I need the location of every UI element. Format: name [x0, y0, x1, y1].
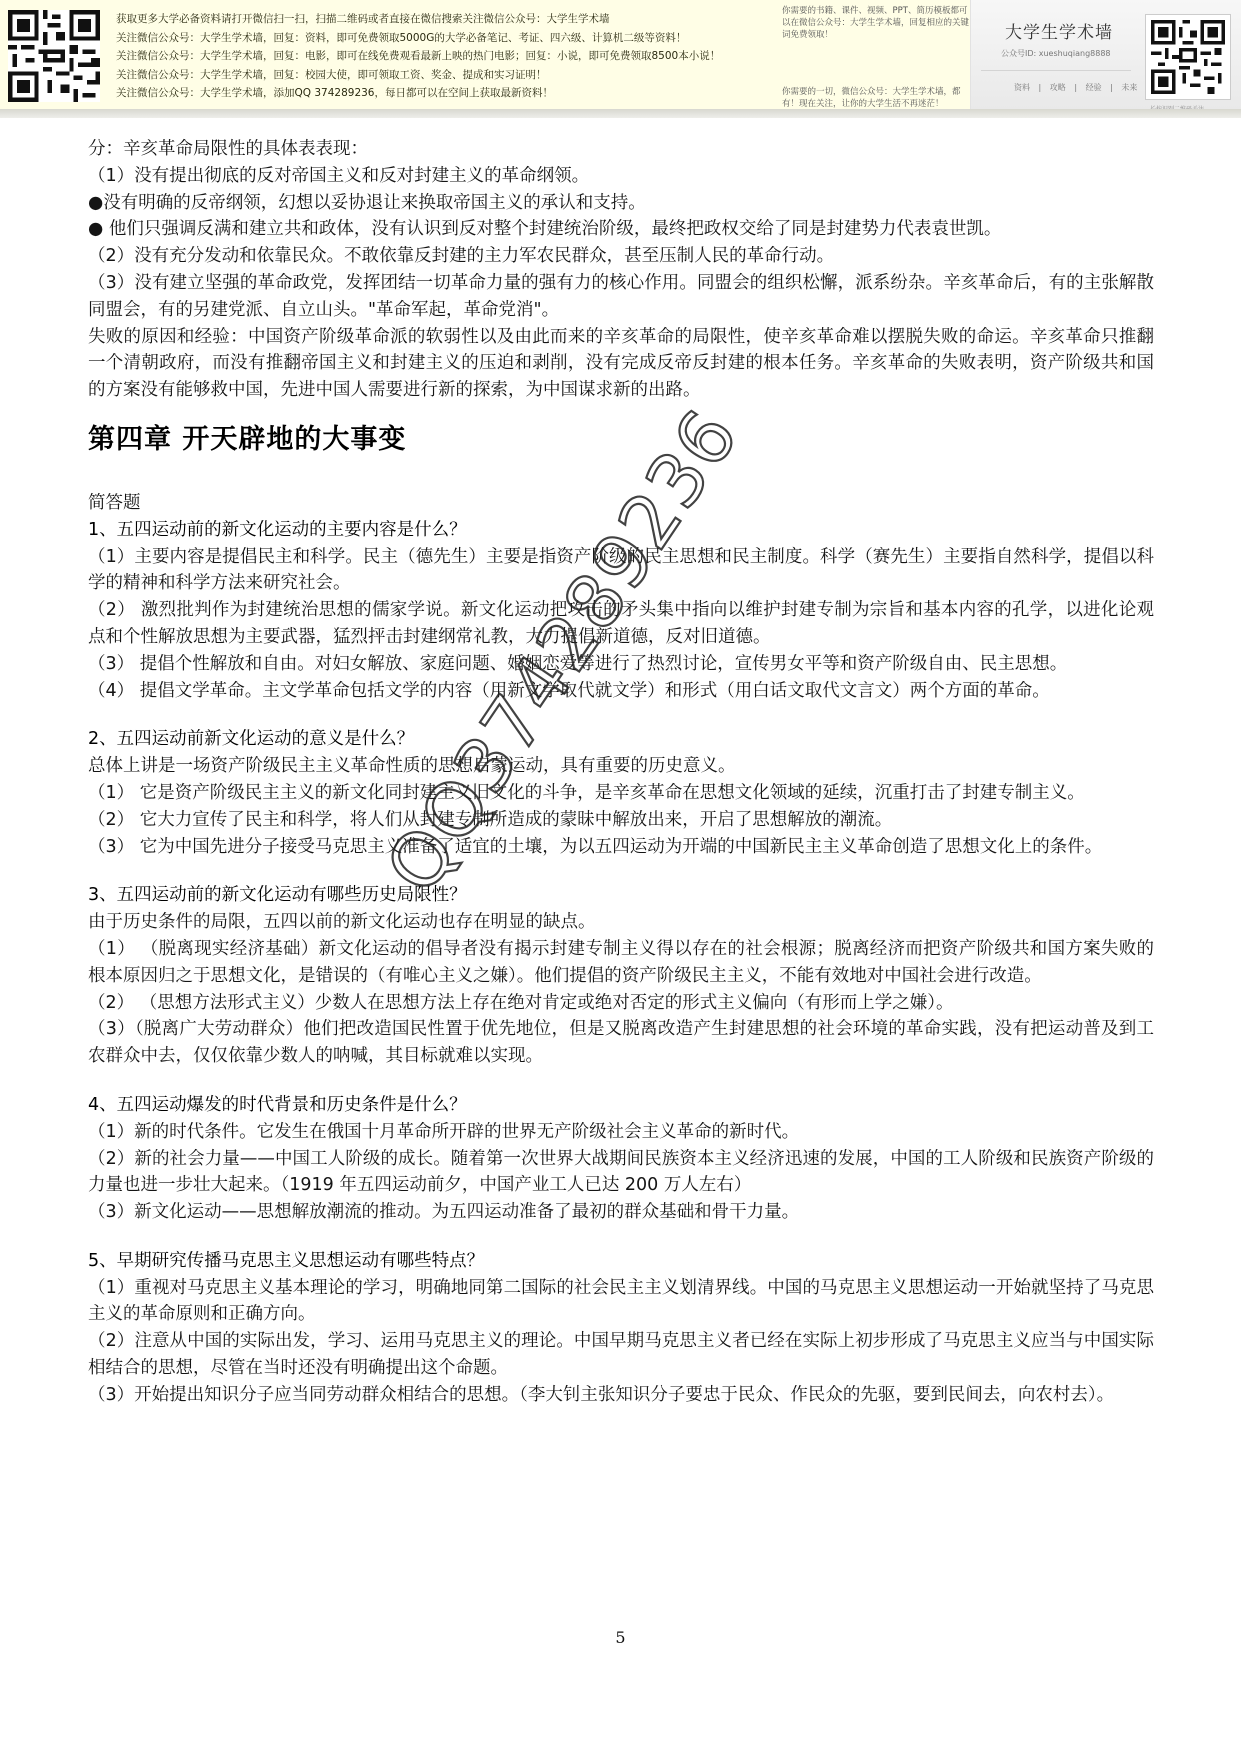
- spacer: [88, 1226, 1154, 1248]
- answer-paragraph: （1） 它是资产阶级民主主义的新文化同封建主义旧文化的斗争，是辛亥革命在思想文化…: [88, 780, 1154, 807]
- card-link-guides[interactable]: 攻略: [1050, 83, 1066, 92]
- banner-line: 关注微信公众号：大学生学术墙，添加QQ 374289236，每日都可以在空间上获…: [116, 84, 766, 103]
- answer-paragraph: （2） （思想方法形式主义）少数人在思想方法上存在绝对肯定或绝对否定的形式主义偏…: [88, 990, 1154, 1017]
- answer-paragraph: （2） 它大力宣传了民主和科学，将人们从封建专制所造成的蒙昧中解放出来，开启了思…: [88, 807, 1154, 834]
- banner-line: 获取更多大学必备资料请打开微信扫一扫，扫描二维码或者直接在微信搜索关注微信公众号…: [116, 10, 766, 29]
- answer-paragraph: （2） 激烈批判作为封建统治思想的儒家学说。新文化运动把攻击的矛头集中指向以维护…: [88, 597, 1154, 651]
- answer-paragraph: （1）重视对马克思主义基本理论的学习，明确地同第二国际的社会民主主义划清界线。中…: [88, 1275, 1154, 1329]
- answer-paragraph: （3）（脱离广大劳动群众）他们把改造国民性置于优先地位，但是又脱离改造产生封建思…: [88, 1016, 1154, 1070]
- question-title: 5、早期研究传播马克思主义思想运动有哪些特点？: [88, 1248, 1154, 1275]
- spacer: [88, 704, 1154, 726]
- question-block: 3、五四运动前的新文化运动有哪些历史局限性？ 由于历史条件的局限，五四以前的新文…: [88, 882, 1154, 1070]
- answer-paragraph: （1） （脱离现实经济基础）新文化运动的倡导者没有揭示封建专制主义得以存在的社会…: [88, 936, 1154, 990]
- intro-paragraph: 分：辛亥革命局限性的具体表表现：: [88, 136, 1154, 163]
- answer-paragraph: 由于历史条件的局限，五四以前的新文化运动也存在明显的缺点。: [88, 909, 1154, 936]
- intro-paragraph: （2）没有充分发动和依靠民众。不敢依靠反封建的主力军农民群众，甚至压制人民的革命…: [88, 243, 1154, 270]
- answer-paragraph: （4） 提倡文学革命。主文学革命包括文学的内容（用新文学取代就文学）和形式（用白…: [88, 678, 1154, 705]
- answer-paragraph: （1）主要内容是提倡民主和科学。民主（德先生）主要是指资产阶级的民主思想和民主制…: [88, 544, 1154, 598]
- question-block: 2、五四运动前新文化运动的意义是什么？ 总体上讲是一场资产阶级民主主义革命性质的…: [88, 726, 1154, 860]
- banner-text-block: 获取更多大学必备资料请打开微信扫一扫，扫描二维码或者直接在微信搜索关注微信公众号…: [116, 10, 766, 103]
- question-title: 3、五四运动前的新文化运动有哪些历史局限性？: [88, 882, 1154, 909]
- banner-line: 关注微信公众号：大学生学术墙，回复：电影，即可在线免费观看最新上映的热门电影；回…: [116, 47, 766, 66]
- answer-paragraph: 总体上讲是一场资产阶级民主主义革命性质的思想启蒙运动，具有重要的历史意义。: [88, 753, 1154, 780]
- answer-paragraph: （3）新文化运动——思想解放潮流的推动。为五四运动准备了最初的群众基础和骨干力量…: [88, 1199, 1154, 1226]
- question-title: 4、五四运动爆发的时代背景和历史条件是什么？: [88, 1092, 1154, 1119]
- question-block: 5、早期研究传播马克思主义思想运动有哪些特点？ （1）重视对马克思主义基本理论的…: [88, 1248, 1154, 1409]
- answer-paragraph: （3） 提倡个性解放和自由。对妇女解放、家庭问题、婚姻恋爱等进行了热烈讨论，宣传…: [88, 651, 1154, 678]
- account-id: 公众号ID: xueshuqiang8888: [1001, 48, 1111, 59]
- section-label: 简答题: [88, 490, 1154, 517]
- card-link-experience[interactable]: 经验: [1086, 83, 1102, 92]
- qr-code-left-icon: [8, 10, 100, 102]
- card-links: 资料 | 攻略 | 经验 | 未来: [1011, 82, 1140, 93]
- account-card-title: 大学生学术墙: [1005, 18, 1113, 43]
- card-divider: [981, 70, 1131, 71]
- page-number: 5: [0, 1628, 1241, 1647]
- spacer: [88, 860, 1154, 882]
- banner-bottom-strip: [0, 109, 1241, 118]
- card-link-separator: |: [1074, 83, 1077, 92]
- chapter-title: 第四章 开天辟地的大事变: [88, 422, 1154, 458]
- intro-paragraph: （3）没有建立坚强的革命政党，发挥团结一切革命力量的强有力的核心作用。同盟会的组…: [88, 270, 1154, 324]
- answer-paragraph: （3） 它为中国先进分子接受马克思主义准备了适宜的土壤，为以五四运动为开端的中国…: [88, 834, 1154, 861]
- intro-paragraph: ●没有明确的反帝纲领，幻想以妥协退让来换取帝国主义的承认和支持。: [88, 190, 1154, 217]
- promo-banner: 获取更多大学必备资料请打开微信扫一扫，扫描二维码或者直接在微信搜索关注微信公众号…: [0, 0, 1241, 118]
- qr-code-right-icon: [1145, 14, 1231, 100]
- intro-paragraph: 失败的原因和经验：中国资产阶级革命派的软弱性以及由此而来的辛亥革命的局限性，使辛…: [88, 324, 1154, 404]
- card-link-separator: |: [1039, 83, 1042, 92]
- spacer: [88, 1070, 1154, 1092]
- banner-note-top: 你需要的书籍、课件、视频、PPT、简历模板都可以在微信公众号：大学生学术墙，回复…: [782, 5, 972, 41]
- question-title: 2、五四运动前新文化运动的意义是什么？: [88, 726, 1154, 753]
- answer-paragraph: （3）开始提出知识分子应当同劳动群众相结合的思想。（李大钊主张知识分子要忠于民众…: [88, 1382, 1154, 1409]
- answer-paragraph: （2）新的社会力量——中国工人阶级的成长。随着第一次世界大战期间民族资本主义经济…: [88, 1146, 1154, 1200]
- banner-note-bottom: 你需要的一切，微信公众号：大学生学术墙，都有！现在关注，让你的大学生活不再迷茫！: [782, 86, 972, 110]
- card-link-separator: |: [1110, 83, 1113, 92]
- answer-paragraph: （1）新的时代条件。它发生在俄国十月革命所开辟的世界无产阶级社会主义革命的新时代…: [88, 1119, 1154, 1146]
- answer-paragraph: （2）注意从中国的实际出发，学习、运用马克思主义的理论。中国早期马克思主义者已经…: [88, 1328, 1154, 1382]
- question-block: 4、五四运动爆发的时代背景和历史条件是什么？ （1）新的时代条件。它发生在俄国十…: [88, 1092, 1154, 1226]
- banner-line: 关注微信公众号：大学生学术墙，回复：校园大使，即可领取工资、奖金、提成和实习证明…: [116, 66, 766, 85]
- document-body: 分：辛亥革命局限性的具体表表现： （1）没有提出彻底的反对帝国主义和反对封建主义…: [88, 136, 1154, 1409]
- card-link-future[interactable]: 未来: [1121, 83, 1137, 92]
- question-title: 1、五四运动前的新文化运动的主要内容是什么？: [88, 517, 1154, 544]
- banner-line: 关注微信公众号：大学生学术墙，回复：资料，即可免费领取5000G的大学必备笔记、…: [116, 29, 766, 48]
- question-block: 1、五四运动前的新文化运动的主要内容是什么？ （1）主要内容是提倡民主和科学。民…: [88, 517, 1154, 705]
- intro-paragraph: （1）没有提出彻底的反对帝国主义和反对封建主义的革命纲领。: [88, 163, 1154, 190]
- intro-paragraph: ● 他们只强调反满和建立共和政体，没有认识到反对整个封建统治阶级，最终把政权交给…: [88, 216, 1154, 243]
- card-link-resources[interactable]: 资料: [1014, 83, 1030, 92]
